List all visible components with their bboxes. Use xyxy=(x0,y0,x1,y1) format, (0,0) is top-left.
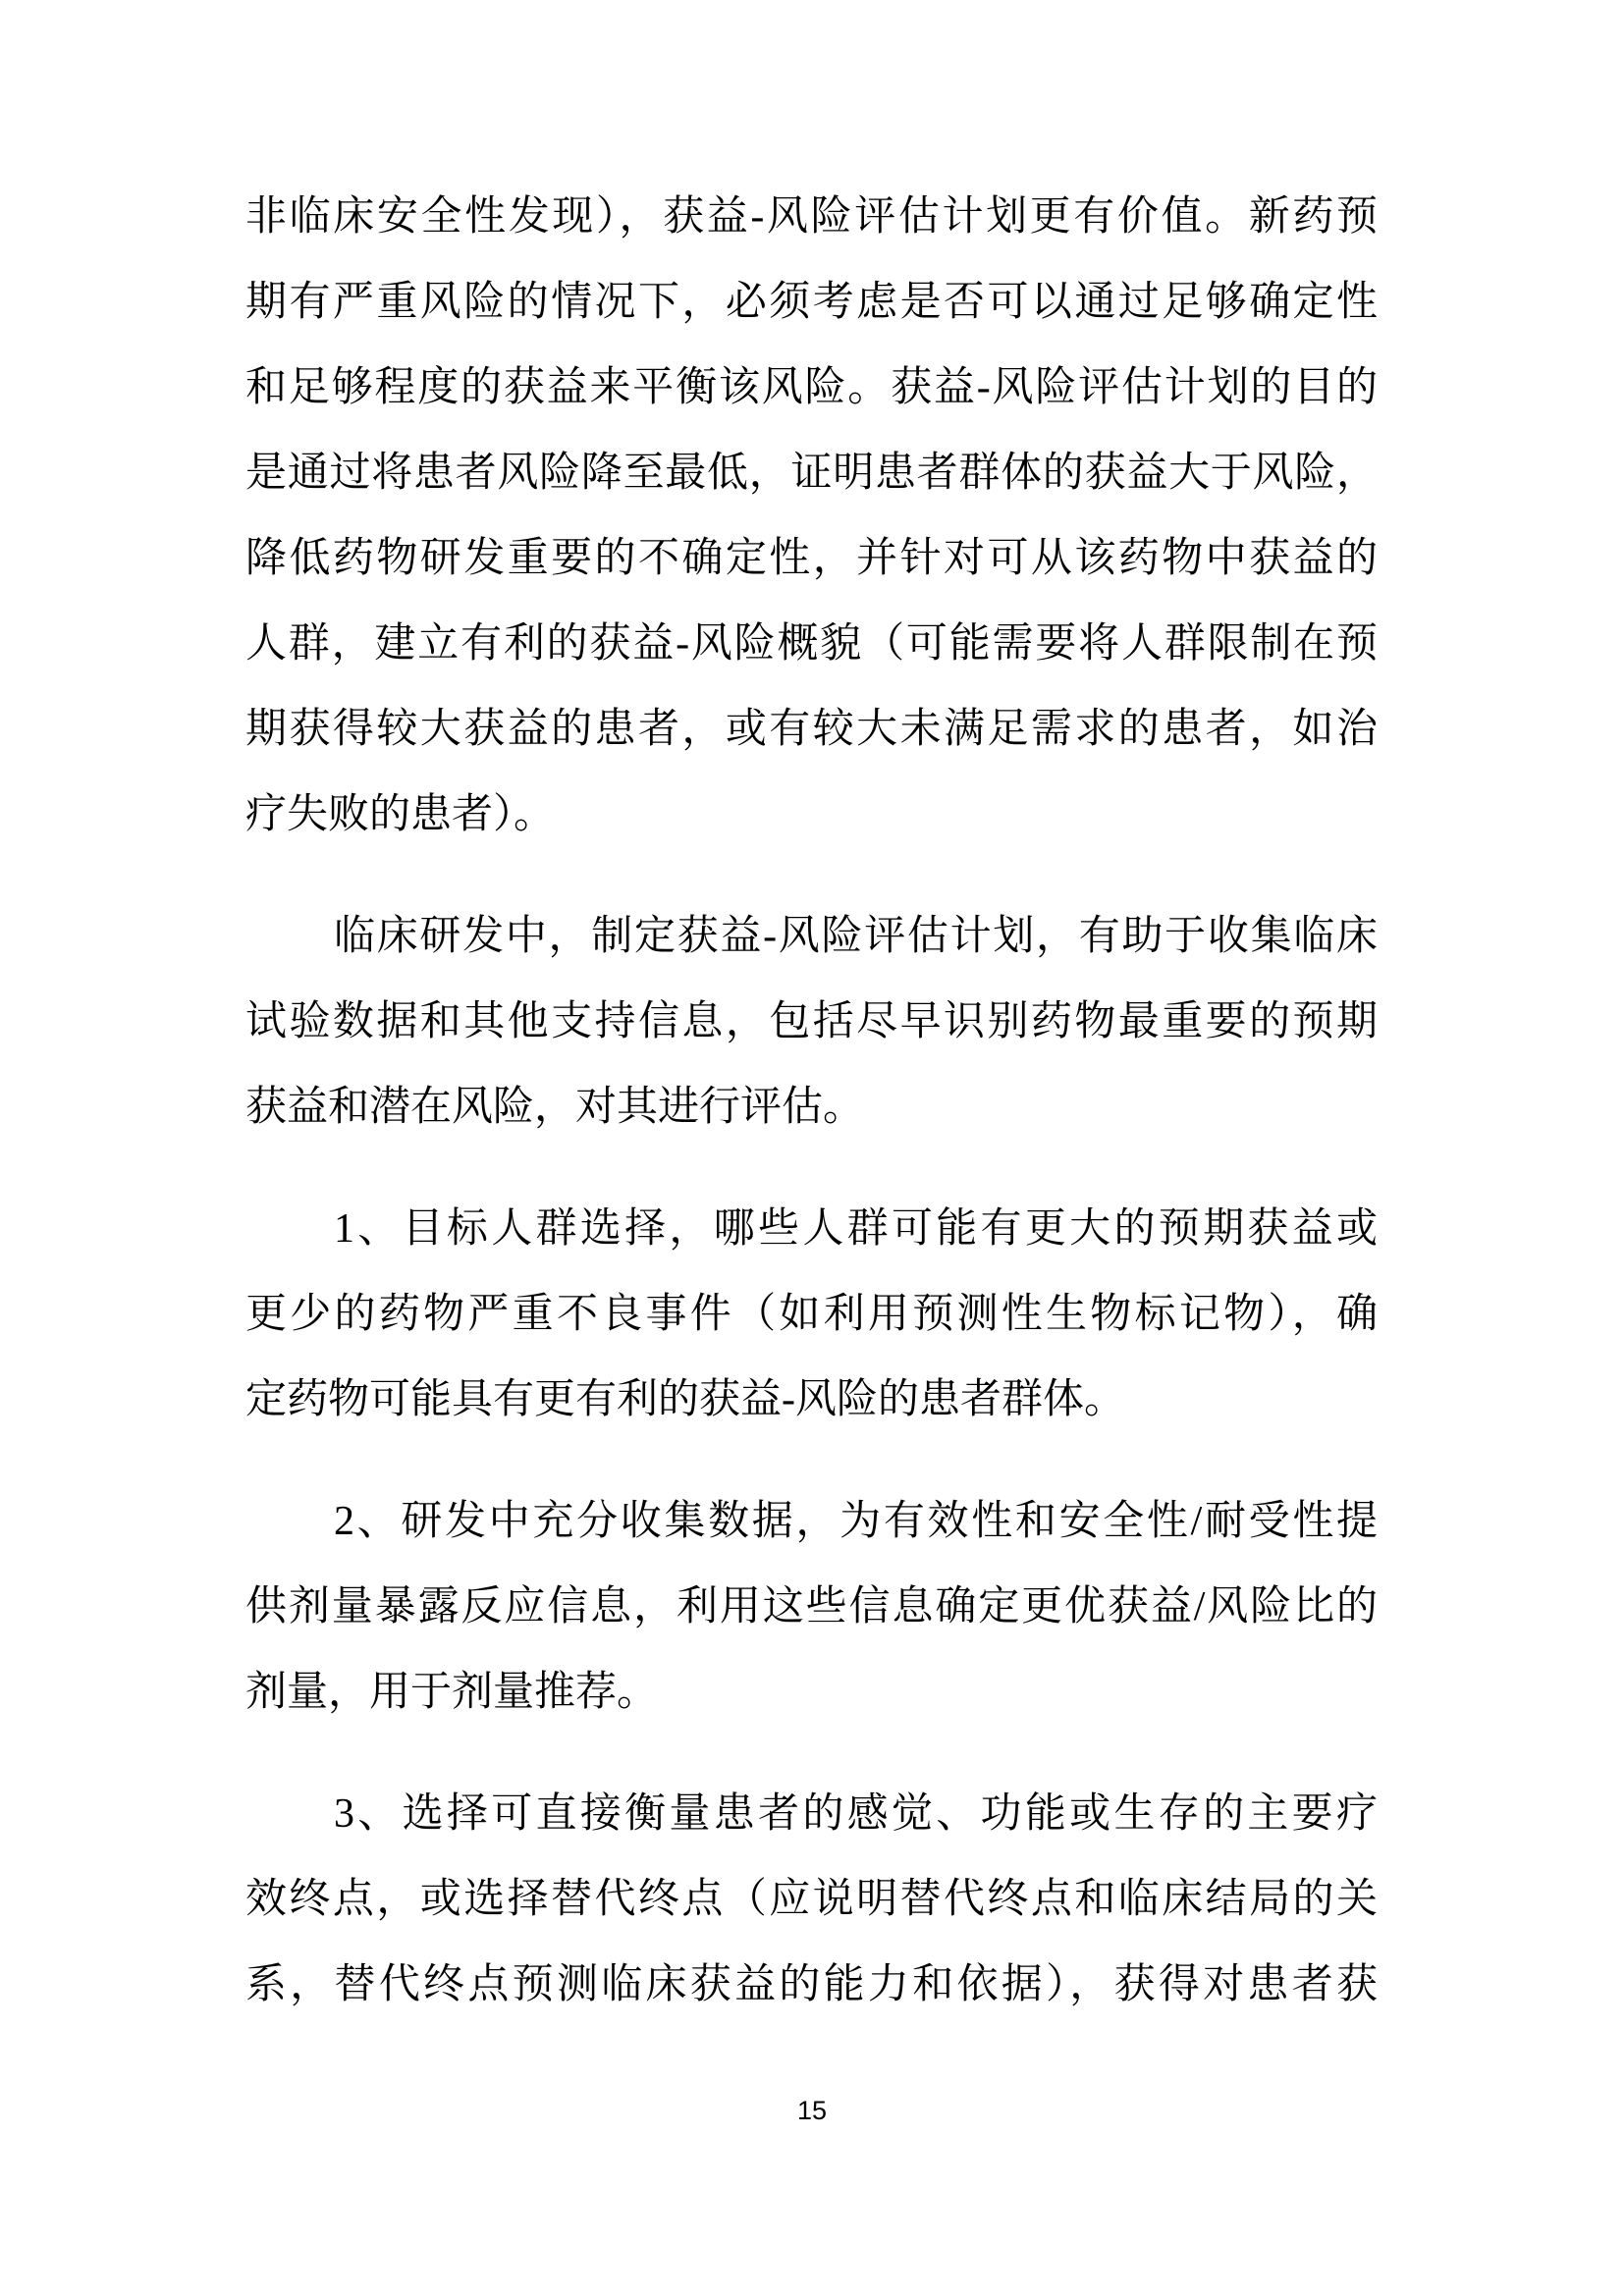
text-line: 临床研发中，制定获益-风险评估计划，有助于收集临床 xyxy=(245,894,1378,980)
text-line: 剂量，用于剂量推荐。 xyxy=(245,1650,1378,1735)
text-line: 3、选择可直接衡量患者的感觉、功能或生存的主要疗 xyxy=(245,1772,1378,1857)
text-line: 降低药物研发重要的不确定性，并针对可从该药物中获益的 xyxy=(245,516,1378,602)
text-line: 人群，建立有利的获益-风险概貌（可能需要将人群限制在预 xyxy=(245,602,1378,687)
page-footer: 15 xyxy=(0,2095,1624,2126)
page-number: 15 xyxy=(797,2096,827,2125)
text-line: 1、目标人群选择，哪些人群可能有更大的预期获益或 xyxy=(245,1187,1378,1272)
text-line: 和足够程度的获益来平衡该风险。获益-风险评估计划的目的 xyxy=(245,346,1378,431)
text-line: 更少的药物严重不良事件（如利用预测性生物标记物），确 xyxy=(245,1272,1378,1358)
text-line: 疗失败的患者）。 xyxy=(245,773,1378,858)
paragraph: 非临床安全性发现），获益-风险评估计划更有价值。新药预期有严重风险的情况下，必须… xyxy=(245,175,1378,858)
text-line: 效终点，或选择替代终点（应说明替代终点和临床结局的关 xyxy=(245,1857,1378,1943)
text-line: 系，替代终点预测临床获益的能力和依据），获得对患者获 xyxy=(245,1943,1378,2028)
document-body: 非临床安全性发现），获益-风险评估计划更有价值。新药预期有严重风险的情况下，必须… xyxy=(245,175,1378,2064)
paragraph: 临床研发中，制定获益-风险评估计划，有助于收集临床试验数据和其他支持信息，包括尽… xyxy=(245,894,1378,1150)
text-line: 供剂量暴露反应信息，利用这些信息确定更优获益/风险比的 xyxy=(245,1565,1378,1650)
paragraph: 1、目标人群选择，哪些人群可能有更大的预期获益或更少的药物严重不良事件（如利用预… xyxy=(245,1187,1378,1443)
paragraph: 3、选择可直接衡量患者的感觉、功能或生存的主要疗效终点，或选择替代终点（应说明替… xyxy=(245,1772,1378,2028)
document-page: 非临床安全性发现），获益-风险评估计划更有价值。新药预期有严重风险的情况下，必须… xyxy=(0,0,1624,2296)
text-line: 期有严重风险的情况下，必须考虑是否可以通过足够确定性 xyxy=(245,260,1378,346)
text-line: 期获得较大获益的患者，或有较大未满足需求的患者，如治 xyxy=(245,687,1378,773)
text-line: 获益和潜在风险，对其进行评估。 xyxy=(245,1065,1378,1150)
paragraph: 2、研发中充分收集数据，为有效性和安全性/耐受性提供剂量暴露反应信息，利用这些信… xyxy=(245,1479,1378,1735)
text-line: 试验数据和其他支持信息，包括尽早识别药物最重要的预期 xyxy=(245,980,1378,1065)
text-line: 定药物可能具有更有利的获益-风险的患者群体。 xyxy=(245,1358,1378,1443)
text-line: 是通过将患者风险降至最低，证明患者群体的获益大于风险， xyxy=(245,431,1378,516)
text-line: 2、研发中充分收集数据，为有效性和安全性/耐受性提 xyxy=(245,1479,1378,1565)
text-line: 非临床安全性发现），获益-风险评估计划更有价值。新药预 xyxy=(245,175,1378,260)
